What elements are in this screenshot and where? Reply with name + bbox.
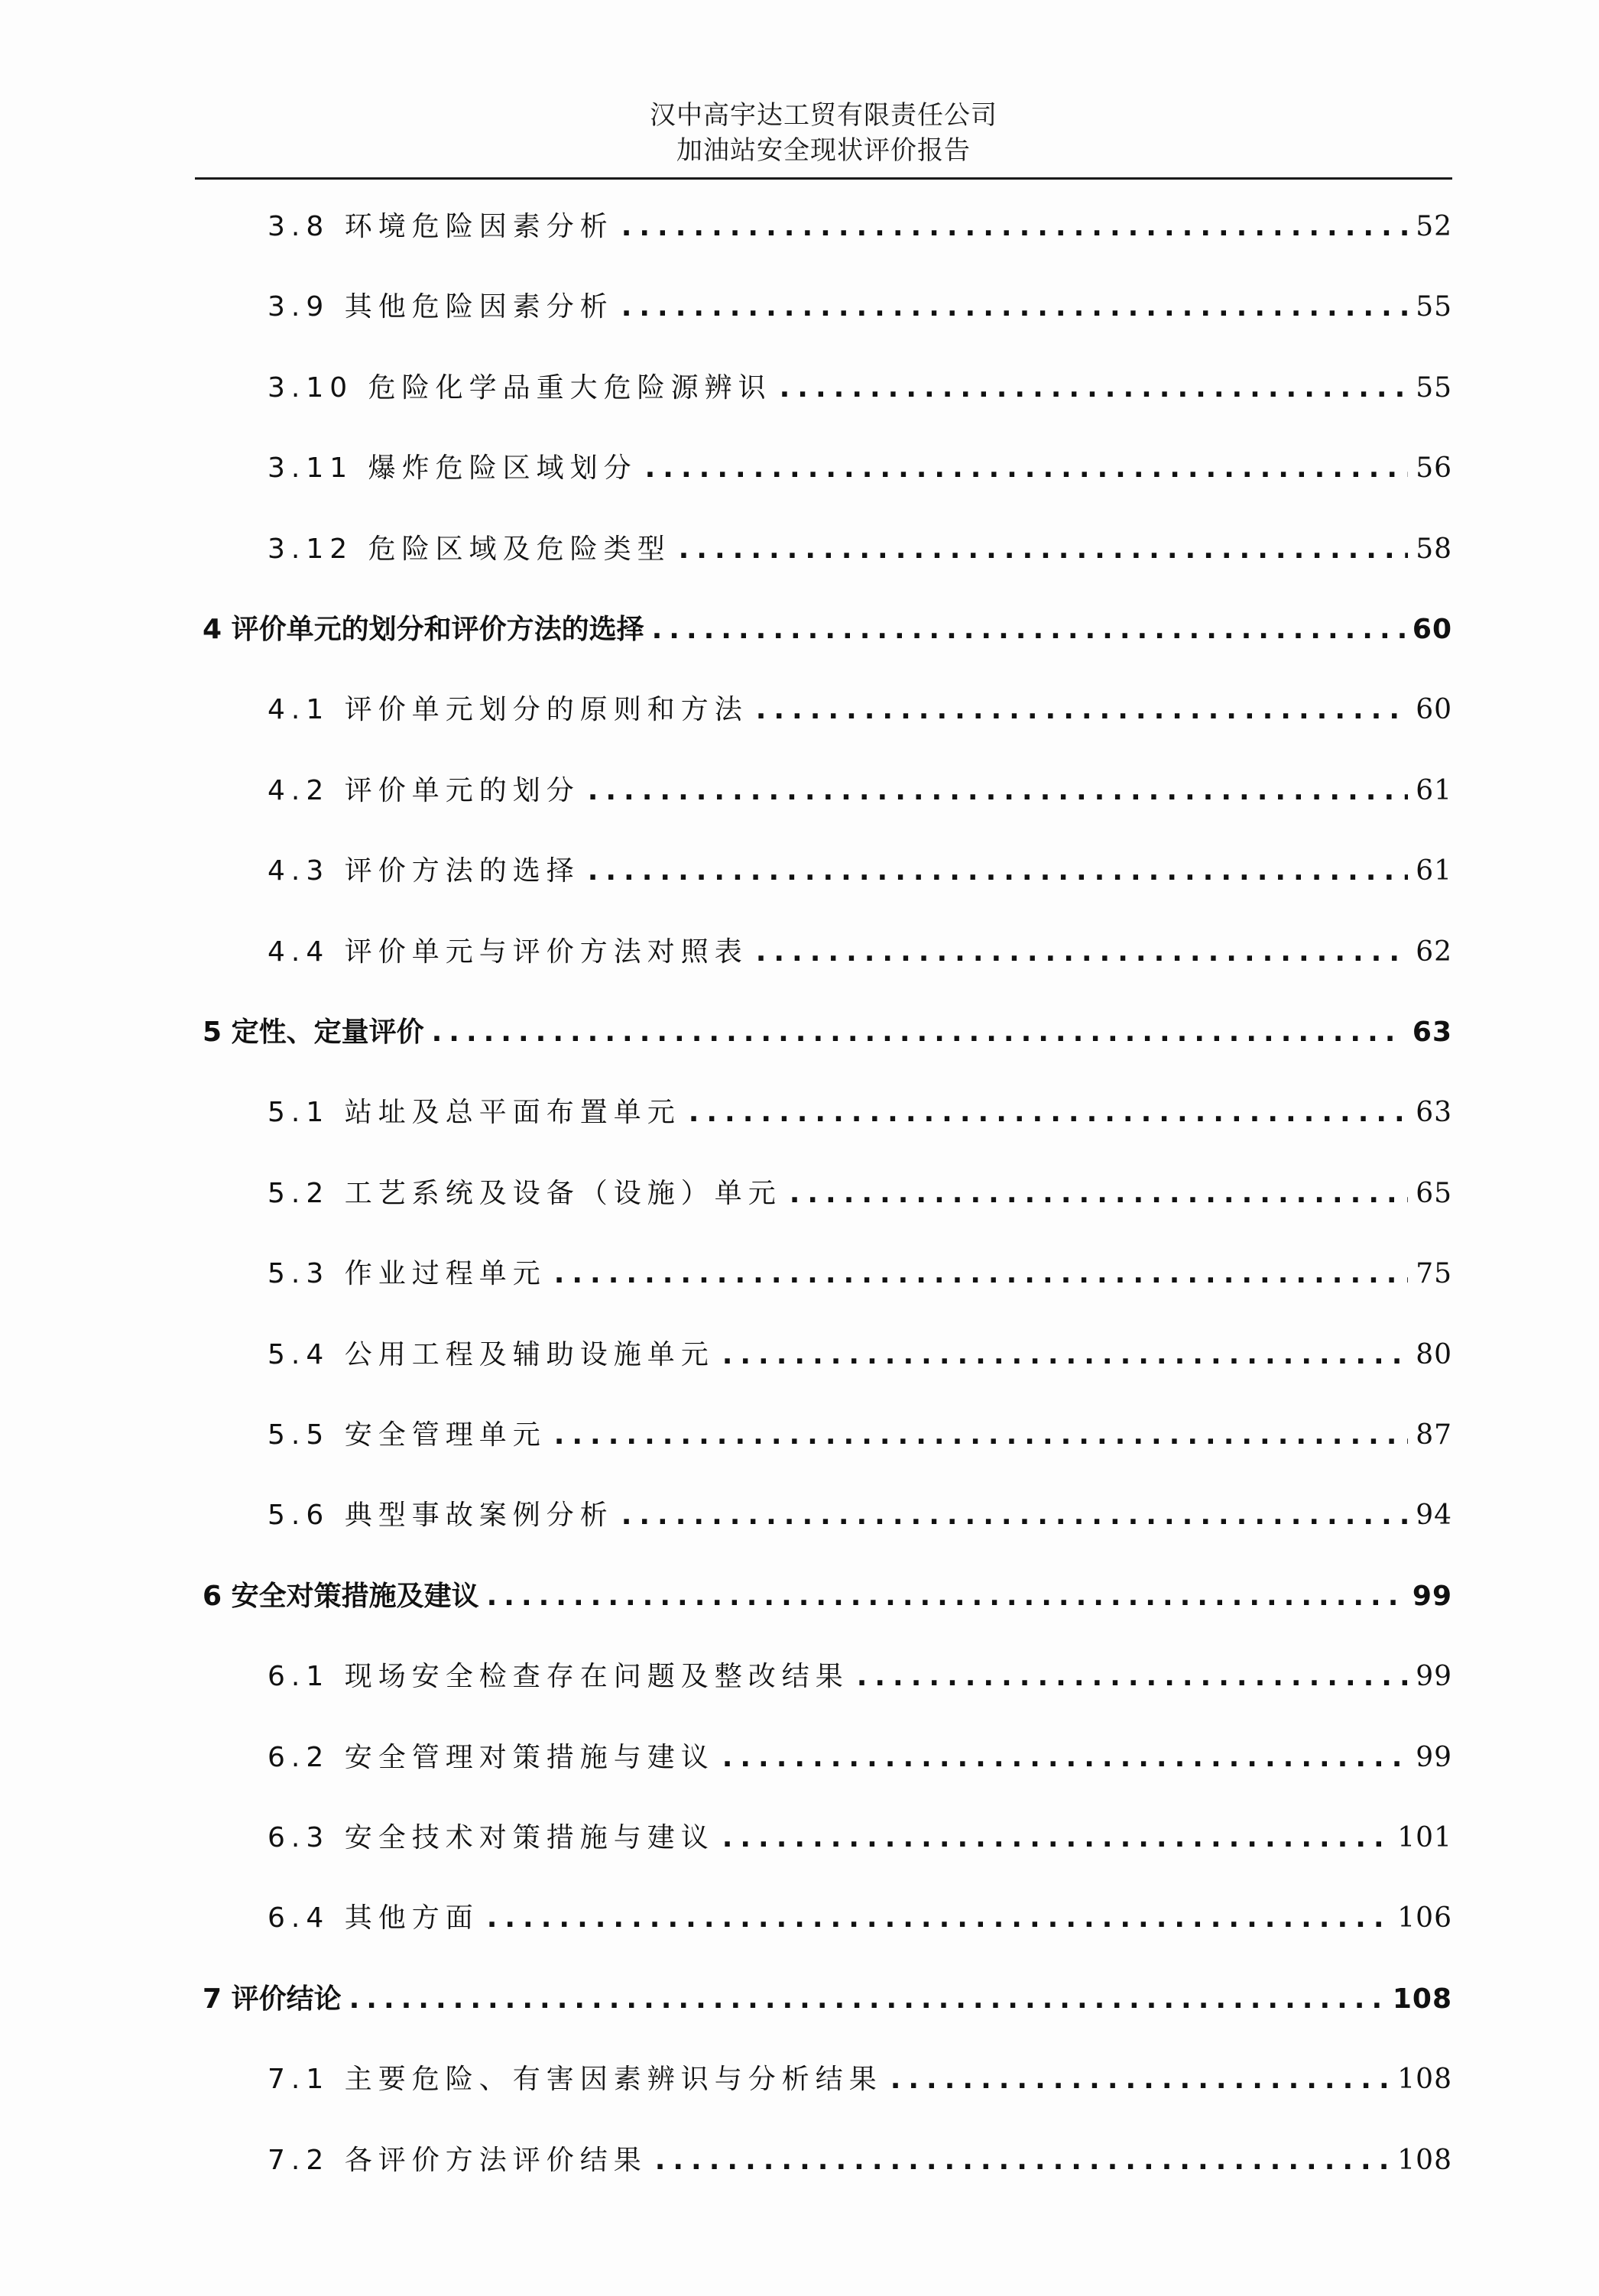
- toc-section-entry[interactable]: 3.8 环境危险因素分析............................…: [268, 205, 1452, 251]
- toc-section-entry[interactable]: 7.1 主要危险、有害因素辨识与分析结果....................…: [268, 2058, 1452, 2103]
- toc-chapter-entry[interactable]: 7 评价结论..................................…: [203, 1977, 1452, 2023]
- header-divider: [195, 177, 1452, 180]
- toc-section-entry[interactable]: 4.1 评价单元划分的原则和方法........................…: [268, 688, 1452, 734]
- toc-entry-title: 5.1 站址及总平面布置单元: [268, 1091, 681, 1130]
- dot-leader: ........................................…: [857, 1661, 1408, 1692]
- dot-leader: ........................................…: [621, 291, 1408, 323]
- toc-page-number: 99: [1416, 1742, 1452, 1773]
- dot-leader: ........................................…: [645, 452, 1408, 484]
- dot-leader: ........................................…: [655, 2145, 1390, 2176]
- document-page: 汉中高宇达工贸有限责任公司 加油站安全现状评价报告 3.8 环境危险因素分析..…: [0, 0, 1599, 2296]
- toc-section-entry[interactable]: 3.9 其他危险因素分析............................…: [268, 285, 1452, 331]
- dot-leader: ........................................…: [554, 1258, 1408, 1289]
- dot-leader: ........................................…: [487, 1581, 1405, 1612]
- toc-entry-title: 6.2 安全管理对策措施与建议: [268, 1736, 715, 1775]
- toc-section-entry[interactable]: 3.10 危险化学品重大危险源辨识.......................…: [268, 366, 1452, 412]
- toc-chapter-entry[interactable]: 5 定性、定量评价...............................…: [203, 1010, 1452, 1056]
- toc-entry-title: 3.11 爆炸危险区域划分: [268, 446, 637, 485]
- toc-section-entry[interactable]: 5.4 公用工程及辅助设施单元.........................…: [268, 1333, 1452, 1379]
- toc-page-number: 52: [1416, 211, 1452, 242]
- toc-section-entry[interactable]: 3.12 危险区域及危险类型..........................…: [268, 527, 1452, 573]
- toc-section-entry[interactable]: 5.1 站址及总平面布置单元..........................…: [268, 1091, 1452, 1137]
- toc-entry-title: 4 评价单元的划分和评价方法的选择: [203, 608, 644, 647]
- dot-leader: ........................................…: [790, 1178, 1408, 1209]
- toc-page-number: 99: [1416, 1661, 1452, 1692]
- toc-page-number: 58: [1416, 533, 1452, 565]
- toc-chapter-entry[interactable]: 6 安全对策措施及建议.............................…: [203, 1574, 1452, 1620]
- dot-leader: ........................................…: [756, 694, 1408, 725]
- toc-page-number: 94: [1416, 1500, 1452, 1531]
- toc-entry-title: 3.8 环境危险因素分析: [268, 205, 614, 244]
- toc-entry-title: 3.10 危险化学品重大危险源辨识: [268, 366, 772, 405]
- dot-leader: ........................................…: [780, 372, 1408, 404]
- toc-entry-title: 5 定性、定量评价: [203, 1010, 424, 1049]
- toc-entry-title: 4.4 评价单元与评价方法对照表: [268, 930, 748, 969]
- toc-page-number: 101: [1397, 1822, 1452, 1853]
- toc-page-number: 55: [1416, 372, 1452, 404]
- toc-page-number: 63: [1416, 1097, 1452, 1128]
- toc-entry-title: 3.9 其他危险因素分析: [268, 285, 614, 324]
- toc-section-entry[interactable]: 5.5 安全管理单元..............................…: [268, 1413, 1452, 1459]
- toc-entry-title: 5.2 工艺系统及设备（设施）单元: [268, 1172, 782, 1211]
- dot-leader: ........................................…: [679, 533, 1408, 565]
- toc-entry-title: 5.3 作业过程单元: [268, 1252, 547, 1291]
- toc-section-entry[interactable]: 5.2 工艺系统及设备（设施）单元.......................…: [268, 1172, 1452, 1218]
- report-title: 加油站安全现状评价报告: [195, 133, 1452, 168]
- toc-section-entry[interactable]: 4.3 评价方法的选择.............................…: [268, 849, 1452, 895]
- toc-page-number: 106: [1397, 1902, 1452, 1934]
- dot-leader: ........................................…: [554, 1419, 1408, 1451]
- dot-leader: ........................................…: [621, 211, 1408, 242]
- toc-entry-title: 7 评价结论: [203, 1977, 342, 2016]
- dot-leader: ........................................…: [349, 1983, 1385, 2015]
- running-header: 汉中高宇达工贸有限责任公司 加油站安全现状评价报告: [195, 98, 1452, 168]
- toc-page-number: 60: [1416, 694, 1452, 725]
- toc-page-number: 56: [1416, 452, 1452, 484]
- dot-leader: ........................................…: [652, 614, 1405, 645]
- toc-entry-title: 6.4 其他方面: [268, 1896, 479, 1935]
- toc-page-number: 61: [1416, 775, 1452, 806]
- toc-section-entry[interactable]: 6.2 安全管理对策措施与建议.........................…: [268, 1736, 1452, 1782]
- toc-entry-title: 5.5 安全管理单元: [268, 1413, 547, 1452]
- toc-page-number: 62: [1416, 936, 1452, 968]
- dot-leader: ........................................…: [621, 1500, 1408, 1531]
- toc-page-number: 65: [1416, 1178, 1452, 1209]
- toc-entry-title: 4.2 评价单元的划分: [268, 769, 580, 808]
- dot-leader: ........................................…: [890, 2064, 1390, 2095]
- company-name: 汉中高宇达工贸有限责任公司: [195, 98, 1452, 133]
- dot-leader: ........................................…: [588, 855, 1408, 887]
- toc-page-number: 108: [1397, 2064, 1452, 2095]
- toc-page-number: 55: [1416, 291, 1452, 323]
- dot-leader: ........................................…: [722, 1339, 1408, 1370]
- toc-entry-title: 4.3 评价方法的选择: [268, 849, 580, 888]
- toc-entry-title: 5.6 典型事故案例分析: [268, 1493, 614, 1532]
- toc-entry-title: 7.2 各评价方法评价结果: [268, 2139, 647, 2178]
- dot-leader: ........................................…: [588, 775, 1408, 806]
- toc-section-entry[interactable]: 6.3 安全技术对策措施与建议.........................…: [268, 1816, 1452, 1862]
- toc-entry-title: 3.12 危险区域及危险类型: [268, 527, 671, 566]
- toc-entry-title: 5.4 公用工程及辅助设施单元: [268, 1333, 715, 1372]
- dot-leader: ........................................…: [722, 1742, 1408, 1773]
- toc-page-number: 80: [1416, 1339, 1452, 1370]
- dot-leader: ........................................…: [722, 1822, 1390, 1853]
- toc-page-number: 108: [1397, 2145, 1452, 2176]
- toc-page-number: 108: [1393, 1983, 1452, 2015]
- dot-leader: ........................................…: [756, 936, 1408, 968]
- toc-page-number: 75: [1416, 1258, 1452, 1289]
- toc-page-number: 63: [1413, 1017, 1452, 1048]
- toc-page-number: 61: [1416, 855, 1452, 887]
- toc-section-entry[interactable]: 6.4 其他方面................................…: [268, 1896, 1452, 1942]
- toc-section-entry[interactable]: 4.2 评价单元的划分.............................…: [268, 769, 1452, 815]
- toc-section-entry[interactable]: 5.3 作业过程单元..............................…: [268, 1252, 1452, 1298]
- toc-entry-title: 6.3 安全技术对策措施与建议: [268, 1816, 715, 1855]
- dot-leader: ........................................…: [689, 1097, 1408, 1128]
- toc-entry-title: 6 安全对策措施及建议: [203, 1574, 479, 1613]
- toc-page-number: 99: [1413, 1581, 1452, 1612]
- toc-section-entry[interactable]: 3.11 爆炸危险区域划分...........................…: [268, 446, 1452, 492]
- toc-page-number: 60: [1413, 614, 1452, 645]
- dot-leader: ........................................…: [487, 1902, 1390, 1934]
- toc-section-entry[interactable]: 6.1 现场安全检查存在问题及整改结果.....................…: [268, 1655, 1452, 1701]
- toc-section-entry[interactable]: 7.2 各评价方法评价结果...........................…: [268, 2139, 1452, 2184]
- toc-chapter-entry[interactable]: 4 评价单元的划分和评价方法的选择.......................…: [203, 608, 1452, 653]
- toc-entry-title: 4.1 评价单元划分的原则和方法: [268, 688, 748, 727]
- dot-leader: ........................................…: [432, 1017, 1405, 1048]
- toc-entry-title: 6.1 现场安全检查存在问题及整改结果: [268, 1655, 849, 1694]
- toc-section-entry[interactable]: 5.6 典型事故案例分析............................…: [268, 1493, 1452, 1539]
- toc-page-number: 87: [1416, 1419, 1452, 1451]
- toc-entry-title: 7.1 主要危险、有害因素辨识与分析结果: [268, 2058, 883, 2097]
- toc-section-entry[interactable]: 4.4 评价单元与评价方法对照表........................…: [268, 930, 1452, 976]
